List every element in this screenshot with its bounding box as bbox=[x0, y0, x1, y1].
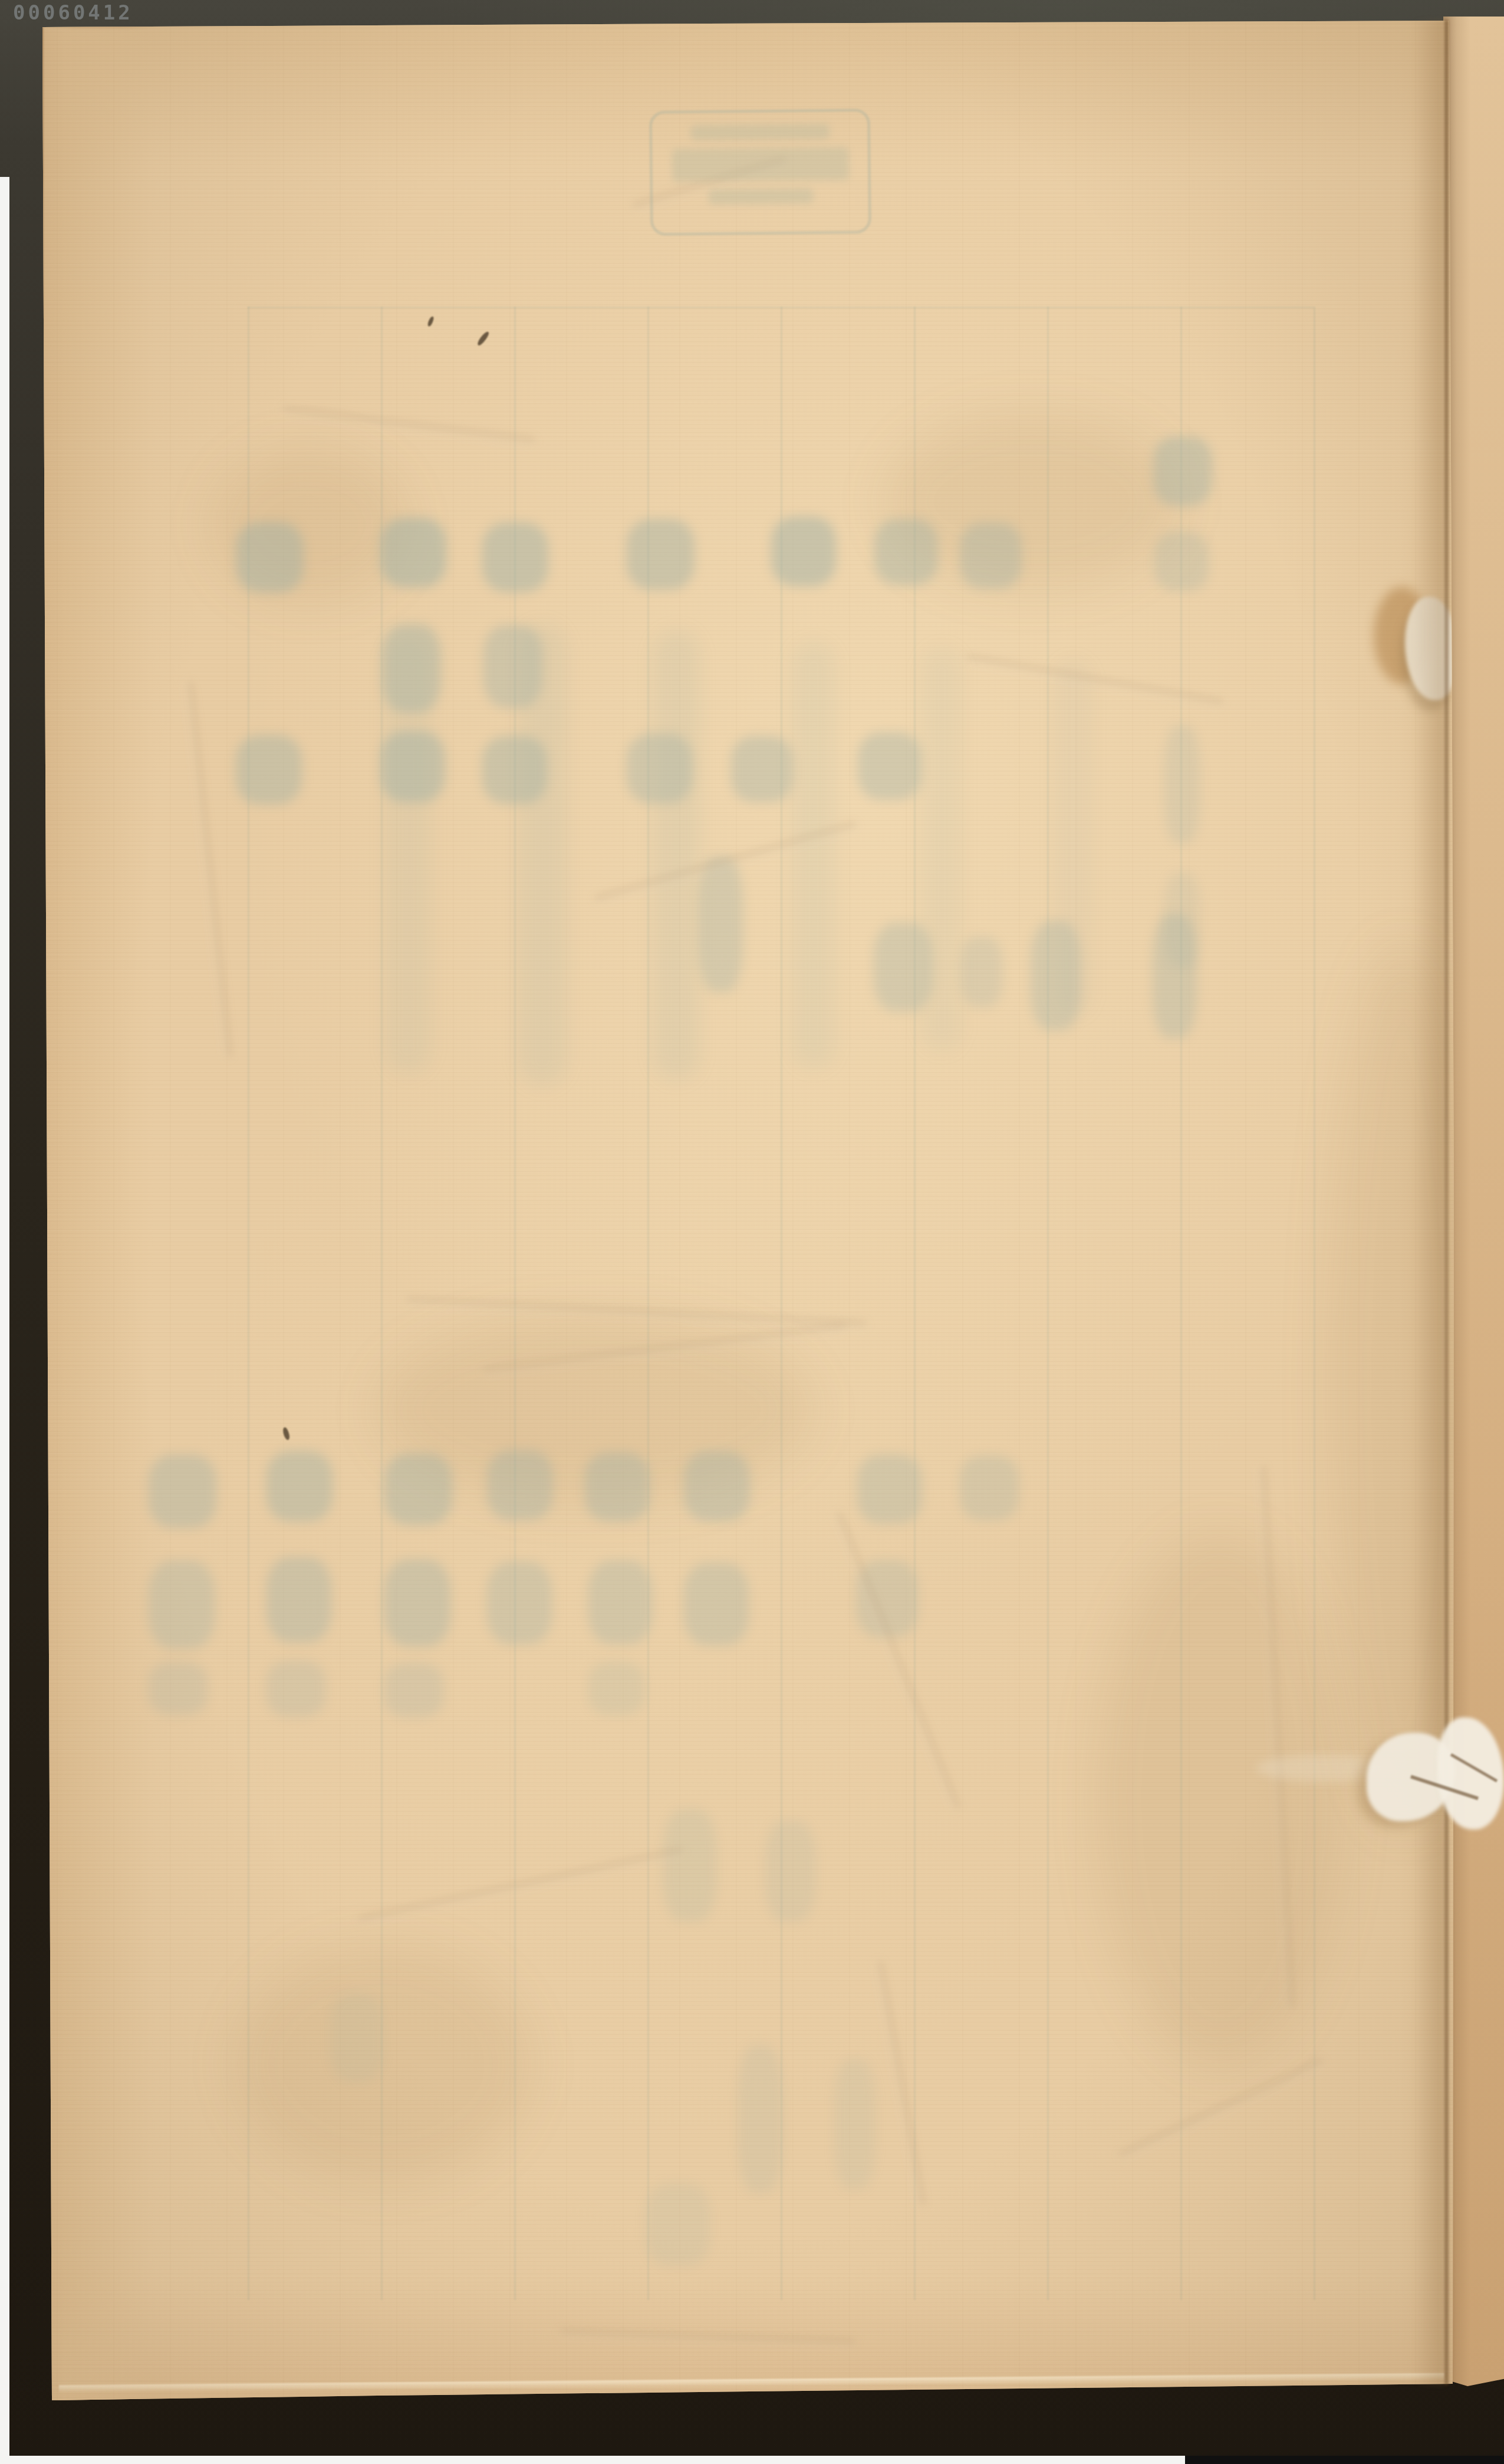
page-vignette bbox=[0, 0, 1504, 2464]
gutter-fold-shadow bbox=[1414, 20, 1444, 2385]
gutter-fold-line bbox=[1444, 20, 1449, 2385]
scanner-margin-bottom bbox=[0, 2456, 1185, 2464]
book-scan: 00060412 bbox=[0, 0, 1504, 2464]
scanner-margin-left bbox=[0, 177, 9, 2464]
page-leaf bbox=[0, 0, 1504, 2464]
page-id-number: 00060412 bbox=[13, 1, 133, 25]
